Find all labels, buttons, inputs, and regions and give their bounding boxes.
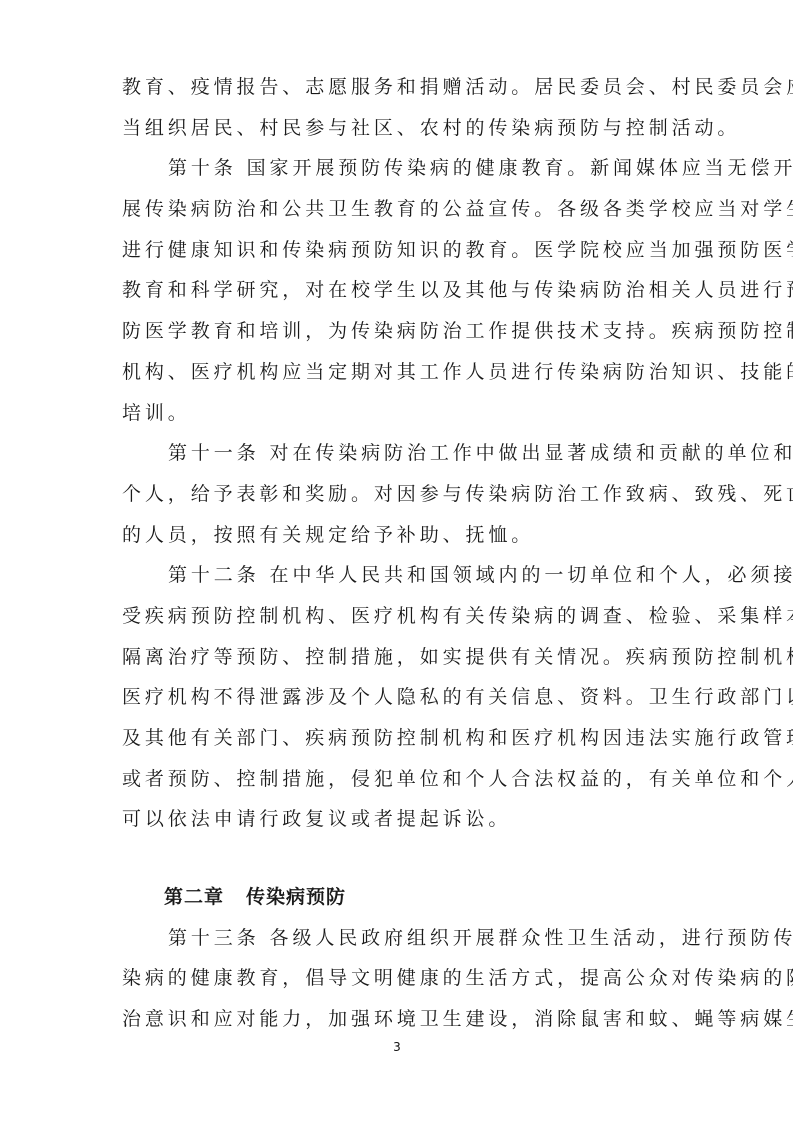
text-line: 第十二条 在中华人民共和国领域内的一切单位和个人，必须接	[122, 555, 674, 596]
text-line: 及其他有关部门、疾病预防控制机构和医疗机构因违法实施行政管理	[122, 718, 674, 759]
chapter-number: 第二章	[164, 886, 224, 908]
text-line: 治意识和应对能力，加强环境卫生建设，消除鼠害和蚊、蝇等病媒生	[122, 999, 674, 1040]
chapter-title: 传染病预防	[246, 886, 346, 908]
text-line: 染病的健康教育，倡导文明健康的生活方式，提高公众对传染病的防	[122, 958, 674, 999]
text-line: 第十三条 各级人民政府组织开展群众性卫生活动，进行预防传	[122, 918, 674, 959]
text-line: 培训。	[122, 393, 674, 434]
text-line: 个人，给予表彰和奖励。对因参与传染病防治工作致病、致残、死亡	[122, 474, 674, 515]
text-line: 第十一条 对在传染病防治工作中做出显著成绩和贡献的单位和	[122, 433, 674, 474]
paragraph-continuation: 教育、疫情报告、志愿服务和捐赠活动。居民委员会、村民委员会应 当组织居民、村民参…	[122, 67, 674, 148]
text-line: 隔离治疗等预防、控制措施，如实提供有关情况。疾病预防控制机构、	[122, 637, 674, 678]
text-line: 医疗机构不得泄露涉及个人隐私的有关信息、资料。卫生行政部门以	[122, 677, 674, 718]
text-line: 教育、疫情报告、志愿服务和捐赠活动。居民委员会、村民委员会应	[122, 67, 674, 108]
text-line: 受疾病预防控制机构、医疗机构有关传染病的调查、检验、采集样本、	[122, 596, 674, 637]
text-line: 机构、医疗机构应当定期对其工作人员进行传染病防治知识、技能的	[122, 352, 674, 393]
text-line: 的人员，按照有关规定给予补助、抚恤。	[122, 515, 674, 556]
section-spacer	[122, 840, 674, 877]
text-line: 教育和科学研究，对在校学生以及其他与传染病防治相关人员进行预	[122, 270, 674, 311]
paragraph-article-11: 第十一条 对在传染病防治工作中做出显著成绩和贡献的单位和 个人，给予表彰和奖励。…	[122, 433, 674, 555]
document-page: 教育、疫情报告、志愿服务和捐赠活动。居民委员会、村民委员会应 当组织居民、村民参…	[0, 0, 793, 1122]
chapter-heading: 第二章传染病预防	[122, 877, 674, 918]
text-line: 防医学教育和培训，为传染病防治工作提供技术支持。疾病预防控制	[122, 311, 674, 352]
page-number: 3	[390, 1040, 404, 1054]
body-text: 教育、疫情报告、志愿服务和捐赠活动。居民委员会、村民委员会应 当组织居民、村民参…	[122, 67, 674, 1040]
text-line: 或者预防、控制措施，侵犯单位和个人合法权益的，有关单位和个人	[122, 759, 674, 800]
paragraph-article-12: 第十二条 在中华人民共和国领域内的一切单位和个人，必须接 受疾病预防控制机构、医…	[122, 555, 674, 840]
text-line: 第十条 国家开展预防传染病的健康教育。新闻媒体应当无偿开	[122, 148, 674, 189]
text-line: 可以依法申请行政复议或者提起诉讼。	[122, 799, 674, 840]
paragraph-article-10: 第十条 国家开展预防传染病的健康教育。新闻媒体应当无偿开 展传染病防治和公共卫生…	[122, 148, 674, 433]
text-line: 当组织居民、村民参与社区、农村的传染病预防与控制活动。	[122, 108, 674, 149]
text-line: 展传染病防治和公共卫生教育的公益宣传。各级各类学校应当对学生	[122, 189, 674, 230]
text-line: 进行健康知识和传染病预防知识的教育。医学院校应当加强预防医学	[122, 230, 674, 271]
paragraph-article-13: 第十三条 各级人民政府组织开展群众性卫生活动，进行预防传 染病的健康教育，倡导文…	[122, 918, 674, 1040]
